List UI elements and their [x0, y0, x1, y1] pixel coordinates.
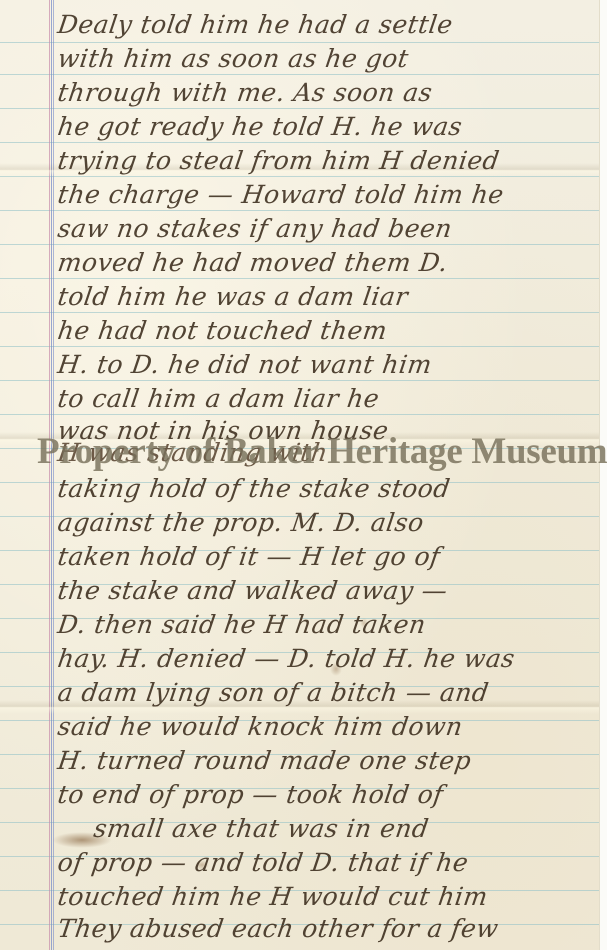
ruled-line [0, 278, 600, 279]
manuscript-page: Dealy told him he had a settle with him … [0, 0, 607, 950]
text-line: of prop — and told D. that if he [56, 848, 470, 877]
text-line: taking hold of the stake stood [56, 474, 452, 503]
ruled-line [0, 210, 600, 211]
text-line: H. turned round made one step [56, 746, 473, 775]
text-line: taken hold of it — H let go of [56, 542, 442, 571]
text-line: he got ready he told H. he was [56, 112, 464, 141]
margin-line-blue [51, 0, 52, 950]
text-line: told him he was a dam liar [56, 282, 410, 311]
ruled-line [0, 108, 600, 109]
text-line: the charge — Howard told him he [56, 180, 506, 209]
watermark: Property of Baker Heritage Museum [37, 430, 607, 473]
text-line: saw no stakes if any had been [56, 214, 454, 243]
text-line: through with me. As soon as [56, 78, 434, 107]
text-line: to call him a dam liar he [56, 384, 381, 413]
text-line: with him as soon as he got [56, 44, 411, 73]
text-line: to end of prop — took hold of [56, 780, 445, 809]
ruled-line [0, 414, 600, 415]
text-line: hay. H. denied — D. told H. he was [56, 644, 517, 673]
margin-line-red [49, 0, 50, 950]
text-line: H. to D. he did not want him [56, 350, 434, 379]
ruled-line [0, 142, 600, 143]
ruled-line [0, 380, 600, 381]
text-line: he had not touched them [56, 316, 389, 345]
text-line: Dealy told him he had a settle [56, 10, 455, 39]
text-line: a dam lying son of a bitch — and [56, 678, 491, 707]
ruled-line [0, 244, 600, 245]
text-line: D. then said he H had taken [56, 610, 428, 639]
ruled-line [0, 74, 600, 75]
text-line: against the prop. M. D. also [56, 508, 426, 537]
text-line: trying to steal from him H denied [56, 146, 501, 175]
page-edge [599, 0, 607, 950]
ruled-line [0, 346, 600, 347]
ruled-line [0, 312, 600, 313]
margin-line-blue [53, 0, 54, 950]
text-line: touched him he H would cut him [56, 882, 490, 911]
ruled-line [0, 42, 600, 43]
text-line: moved he had moved them D. [56, 248, 450, 277]
text-line: said he would knock him down [56, 712, 465, 741]
text-line: They abused each other for a few [56, 914, 500, 943]
text-line: small axe that was in end [92, 814, 431, 843]
text-line: the stake and walked away — [56, 576, 450, 605]
